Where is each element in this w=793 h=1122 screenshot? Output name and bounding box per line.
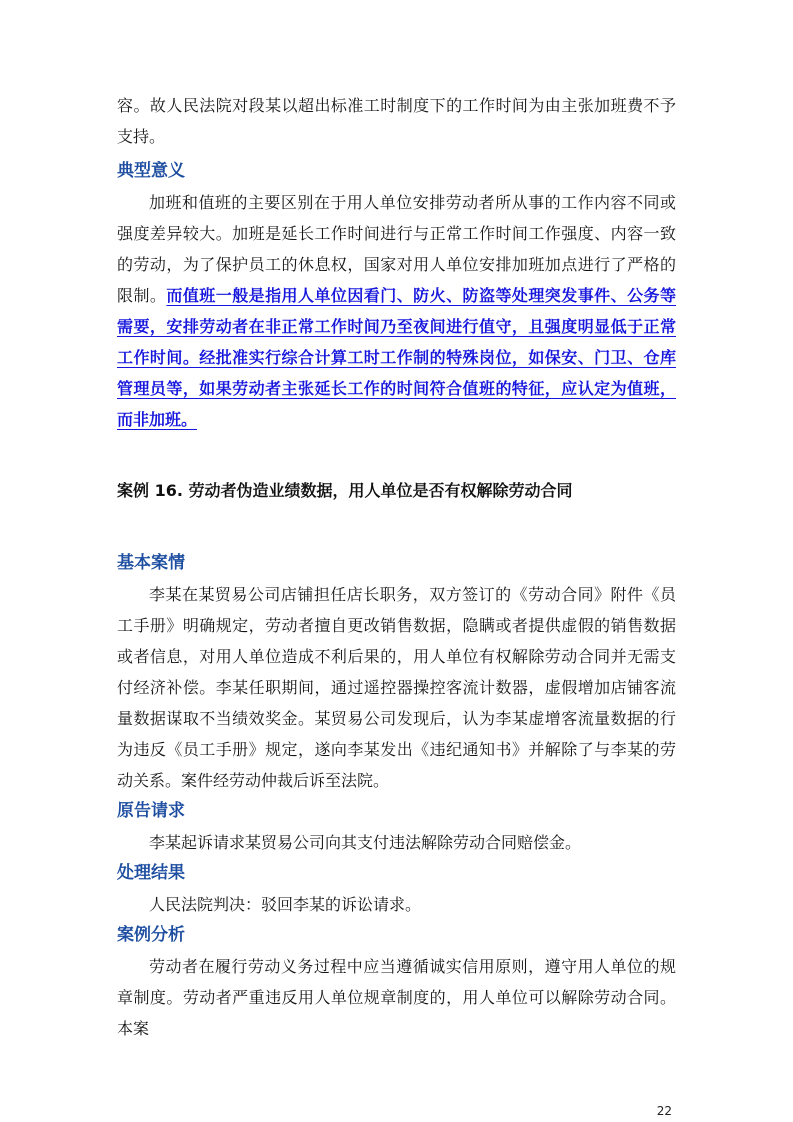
case-title: 案例 16. 劳动者伪造业绩数据，用人单位是否有权解除劳动合同 [117,475,676,506]
significance-paragraph: 加班和值班的主要区别在于用人单位安排劳动者所从事的工作内容不同或强度差异较大。加… [117,187,676,435]
section-heading-analysis: 案例分析 [117,920,676,951]
section-heading-plaintiff-claim: 原告请求 [117,796,676,827]
section-heading-result: 处理结果 [117,858,676,889]
section-heading-significance: 典型意义 [117,156,676,187]
result-paragraph: 人民法院判决：驳回李某的诉讼请求。 [117,889,676,920]
plaintiff-claim-paragraph: 李某起诉请求某贸易公司向其支付违法解除劳动合同赔偿金。 [117,827,676,858]
section-heading-basic-facts: 基本案情 [117,548,676,579]
document-page: 容。故人民法院对段某以超出标准工时制度下的工作时间为由主张加班费不予支持。 典型… [0,0,793,1122]
basic-facts-paragraph: 李某在某贸易公司店铺担任店长职务，双方签订的《劳动合同》附件《员工手册》明确规定… [117,579,676,796]
significance-emphasis-text: 而值班一般是指用人单位因看门、防火、防盗等处理突发事件、公务等需要，安排劳动者在… [117,286,676,429]
page-number: 22 [657,1104,672,1118]
continuation-paragraph: 容。故人民法院对段某以超出标准工时制度下的工作时间为由主张加班费不予支持。 [117,90,676,152]
analysis-paragraph: 劳动者在履行劳动义务过程中应当遵循诚实信用原则，遵守用人单位的规章制度。劳动者严… [117,951,676,1044]
